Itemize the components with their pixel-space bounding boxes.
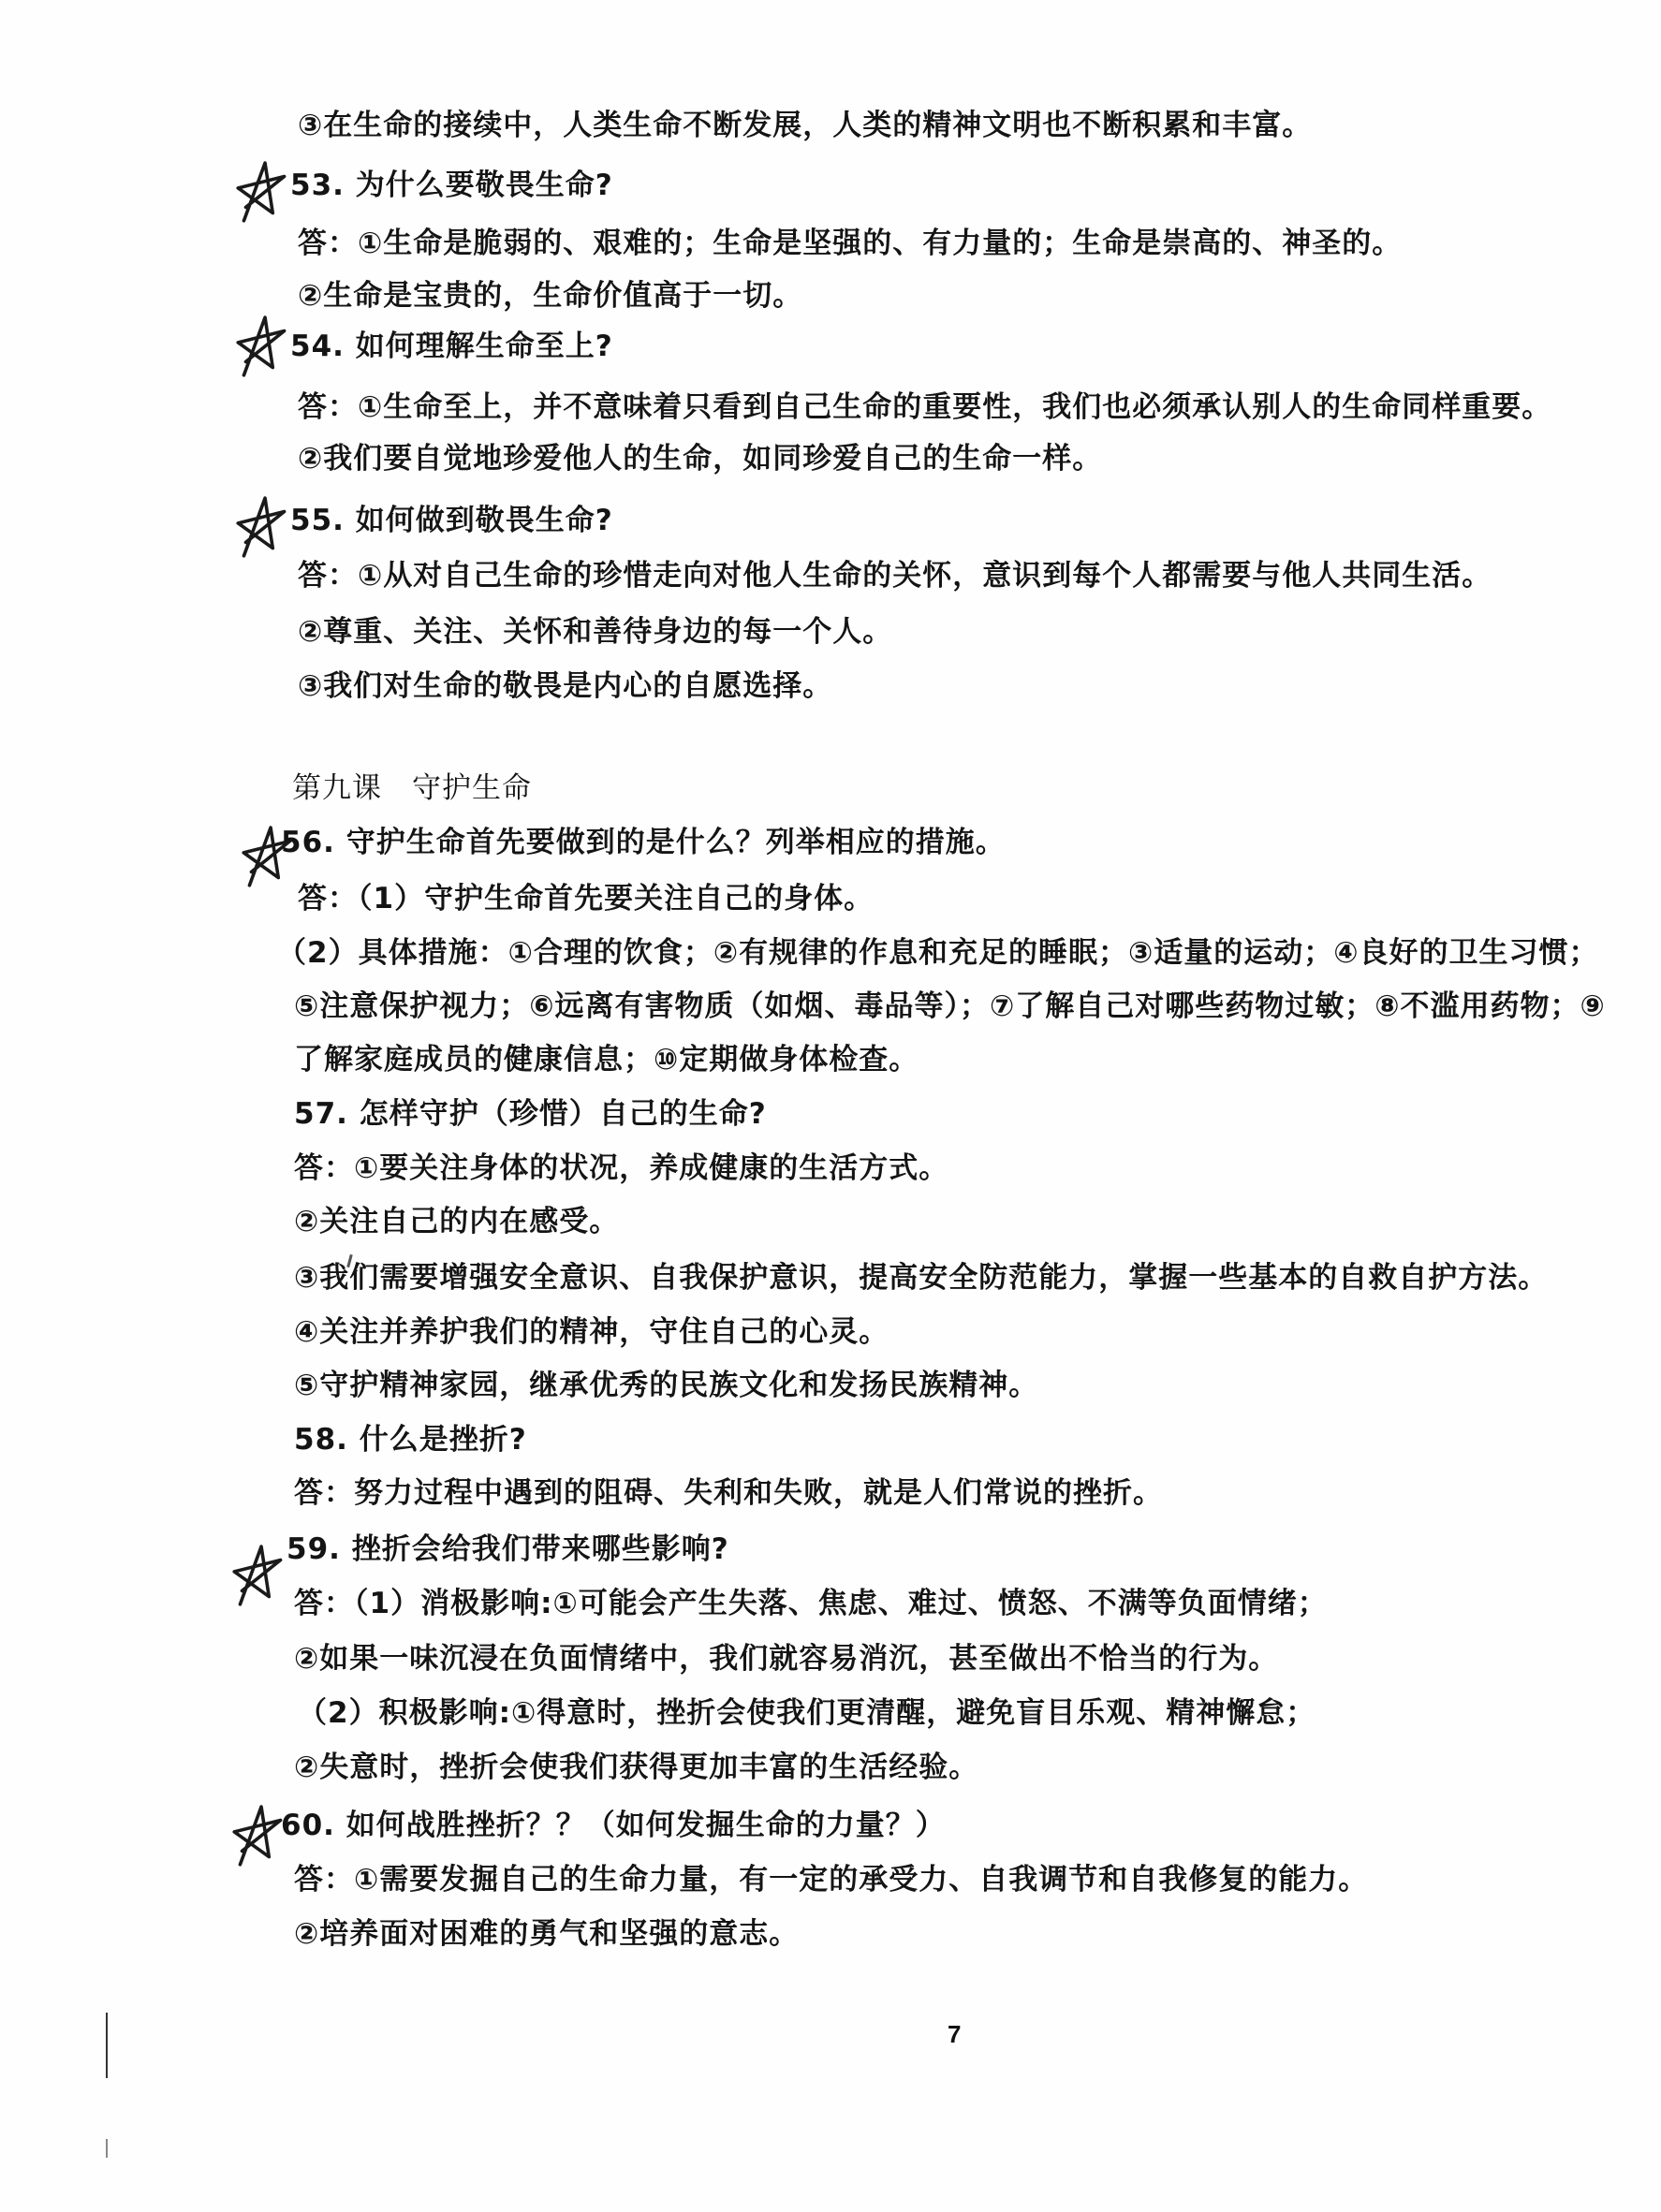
scanned-document-page: ③在生命的接续中，人类生命不断发展，人类的精神文明也不断积累和丰富。 53. 为… — [0, 0, 1661, 2212]
text-line: 答：（1）守护生命首先要关注自己的身体。 — [298, 880, 874, 917]
question-58: 58. 什么是挫折? — [294, 1421, 527, 1458]
text-line: ③在生命的接续中，人类生命不断发展，人类的精神文明也不断积累和丰富。 — [298, 107, 1312, 144]
text-line: 了解家庭成员的健康信息；⑩定期做身体检查。 — [294, 1041, 919, 1078]
text-line: ⑤守护精神家园，继承优秀的民族文化和发扬民族精神。 — [294, 1367, 1038, 1404]
text-line: （2）具体措施：①合理的饮食；②有规律的作息和充足的睡眠；③适量的运动；④良好的… — [277, 934, 1599, 972]
question-60: 60. 如何战胜挫折？？（如何发掘生命的力量？） — [281, 1807, 946, 1844]
scan-margin-mark — [106, 2139, 108, 2158]
text-line: ②我们要自觉地珍爱他人的生命，如同珍爱自己的生命一样。 — [298, 440, 1102, 477]
question-56: 56. 守护生命首先要做到的是什么？列举相应的措施。 — [281, 824, 1006, 861]
text-line: ③我们对生命的敬畏是内心的自愿选择。 — [298, 667, 832, 705]
text-line: ②生命是宝贵的，生命价值高于一切。 — [298, 277, 802, 315]
text-line: ②关注自己的内在感受。 — [294, 1203, 619, 1240]
handwritten-star-icon — [230, 1543, 288, 1610]
scan-margin-mark — [106, 2013, 108, 2078]
text-line: 答：①从对自己生命的珍惜走向对他人生命的关怀，意识到每个人都需要与他人共同生活。 — [298, 557, 1492, 594]
text-line: ⑤注意保护视力；⑥远离有害物质（如烟、毒品等）；⑦了解自己对哪些药物过敏；⑧不滥… — [294, 988, 1606, 1025]
text-line: 答：（1）消极影响:①可能会产生失落、焦虑、难过、愤怒、不满等负面情绪； — [294, 1585, 1328, 1622]
handwritten-star-icon — [234, 314, 292, 381]
handwritten-star-icon — [230, 1803, 288, 1870]
text-line: ②尊重、关注、关怀和善待身边的每一个人。 — [298, 613, 892, 651]
handwritten-star-icon — [234, 494, 292, 562]
text-line: ④关注并养护我们的精神，守住自己的心灵。 — [294, 1313, 889, 1351]
text-line: ②失意时，挫折会使我们获得更加丰富的生活经验。 — [294, 1749, 978, 1786]
question-55: 55. 如何做到敬畏生命? — [290, 502, 613, 539]
text-line: 答：①生命是脆弱的、艰难的；生命是坚强的、有力量的；生命是崇高的、神圣的。 — [298, 225, 1402, 262]
question-57: 57. 怎样守护（珍惜）自己的生命? — [294, 1095, 767, 1133]
handwritten-star-icon — [234, 159, 292, 227]
question-59: 59. 挫折会给我们带来哪些影响? — [287, 1531, 729, 1568]
page-number: 7 — [948, 2020, 961, 2049]
text-line: （2）积极影响:①得意时，挫折会使我们更清醒，避免盲目乐观、精神懈怠； — [298, 1694, 1316, 1732]
text-line: 答：①要关注身体的状况，养成健康的生活方式。 — [294, 1150, 948, 1187]
text-line: 答：努力过程中遇到的阻碍、失利和失败，就是人们常说的挫折。 — [294, 1474, 1163, 1512]
text-line: ②培养面对困难的勇气和坚强的意志。 — [294, 1915, 799, 1953]
text-line: 答：①生命至上，并不意味着只看到自己生命的重要性，我们也必须承认别人的生命同样重… — [298, 388, 1551, 426]
text-line: 答：①需要发掘自己的生命力量，有一定的承受力、自我调节和自我修复的能力。 — [294, 1861, 1368, 1898]
chapter-heading: 第九课 守护生命 — [292, 769, 532, 807]
text-line: ③我们需要增强安全意识、自我保护意识，提高安全防范能力，掌握一些基本的自救自护方… — [294, 1259, 1548, 1296]
text-line: ②如果一味沉浸在负面情绪中，我们就容易消沉，甚至做出不恰当的行为。 — [294, 1640, 1278, 1677]
question-53: 53. 为什么要敬畏生命? — [290, 167, 613, 204]
question-54: 54. 如何理解生命至上? — [290, 328, 613, 365]
